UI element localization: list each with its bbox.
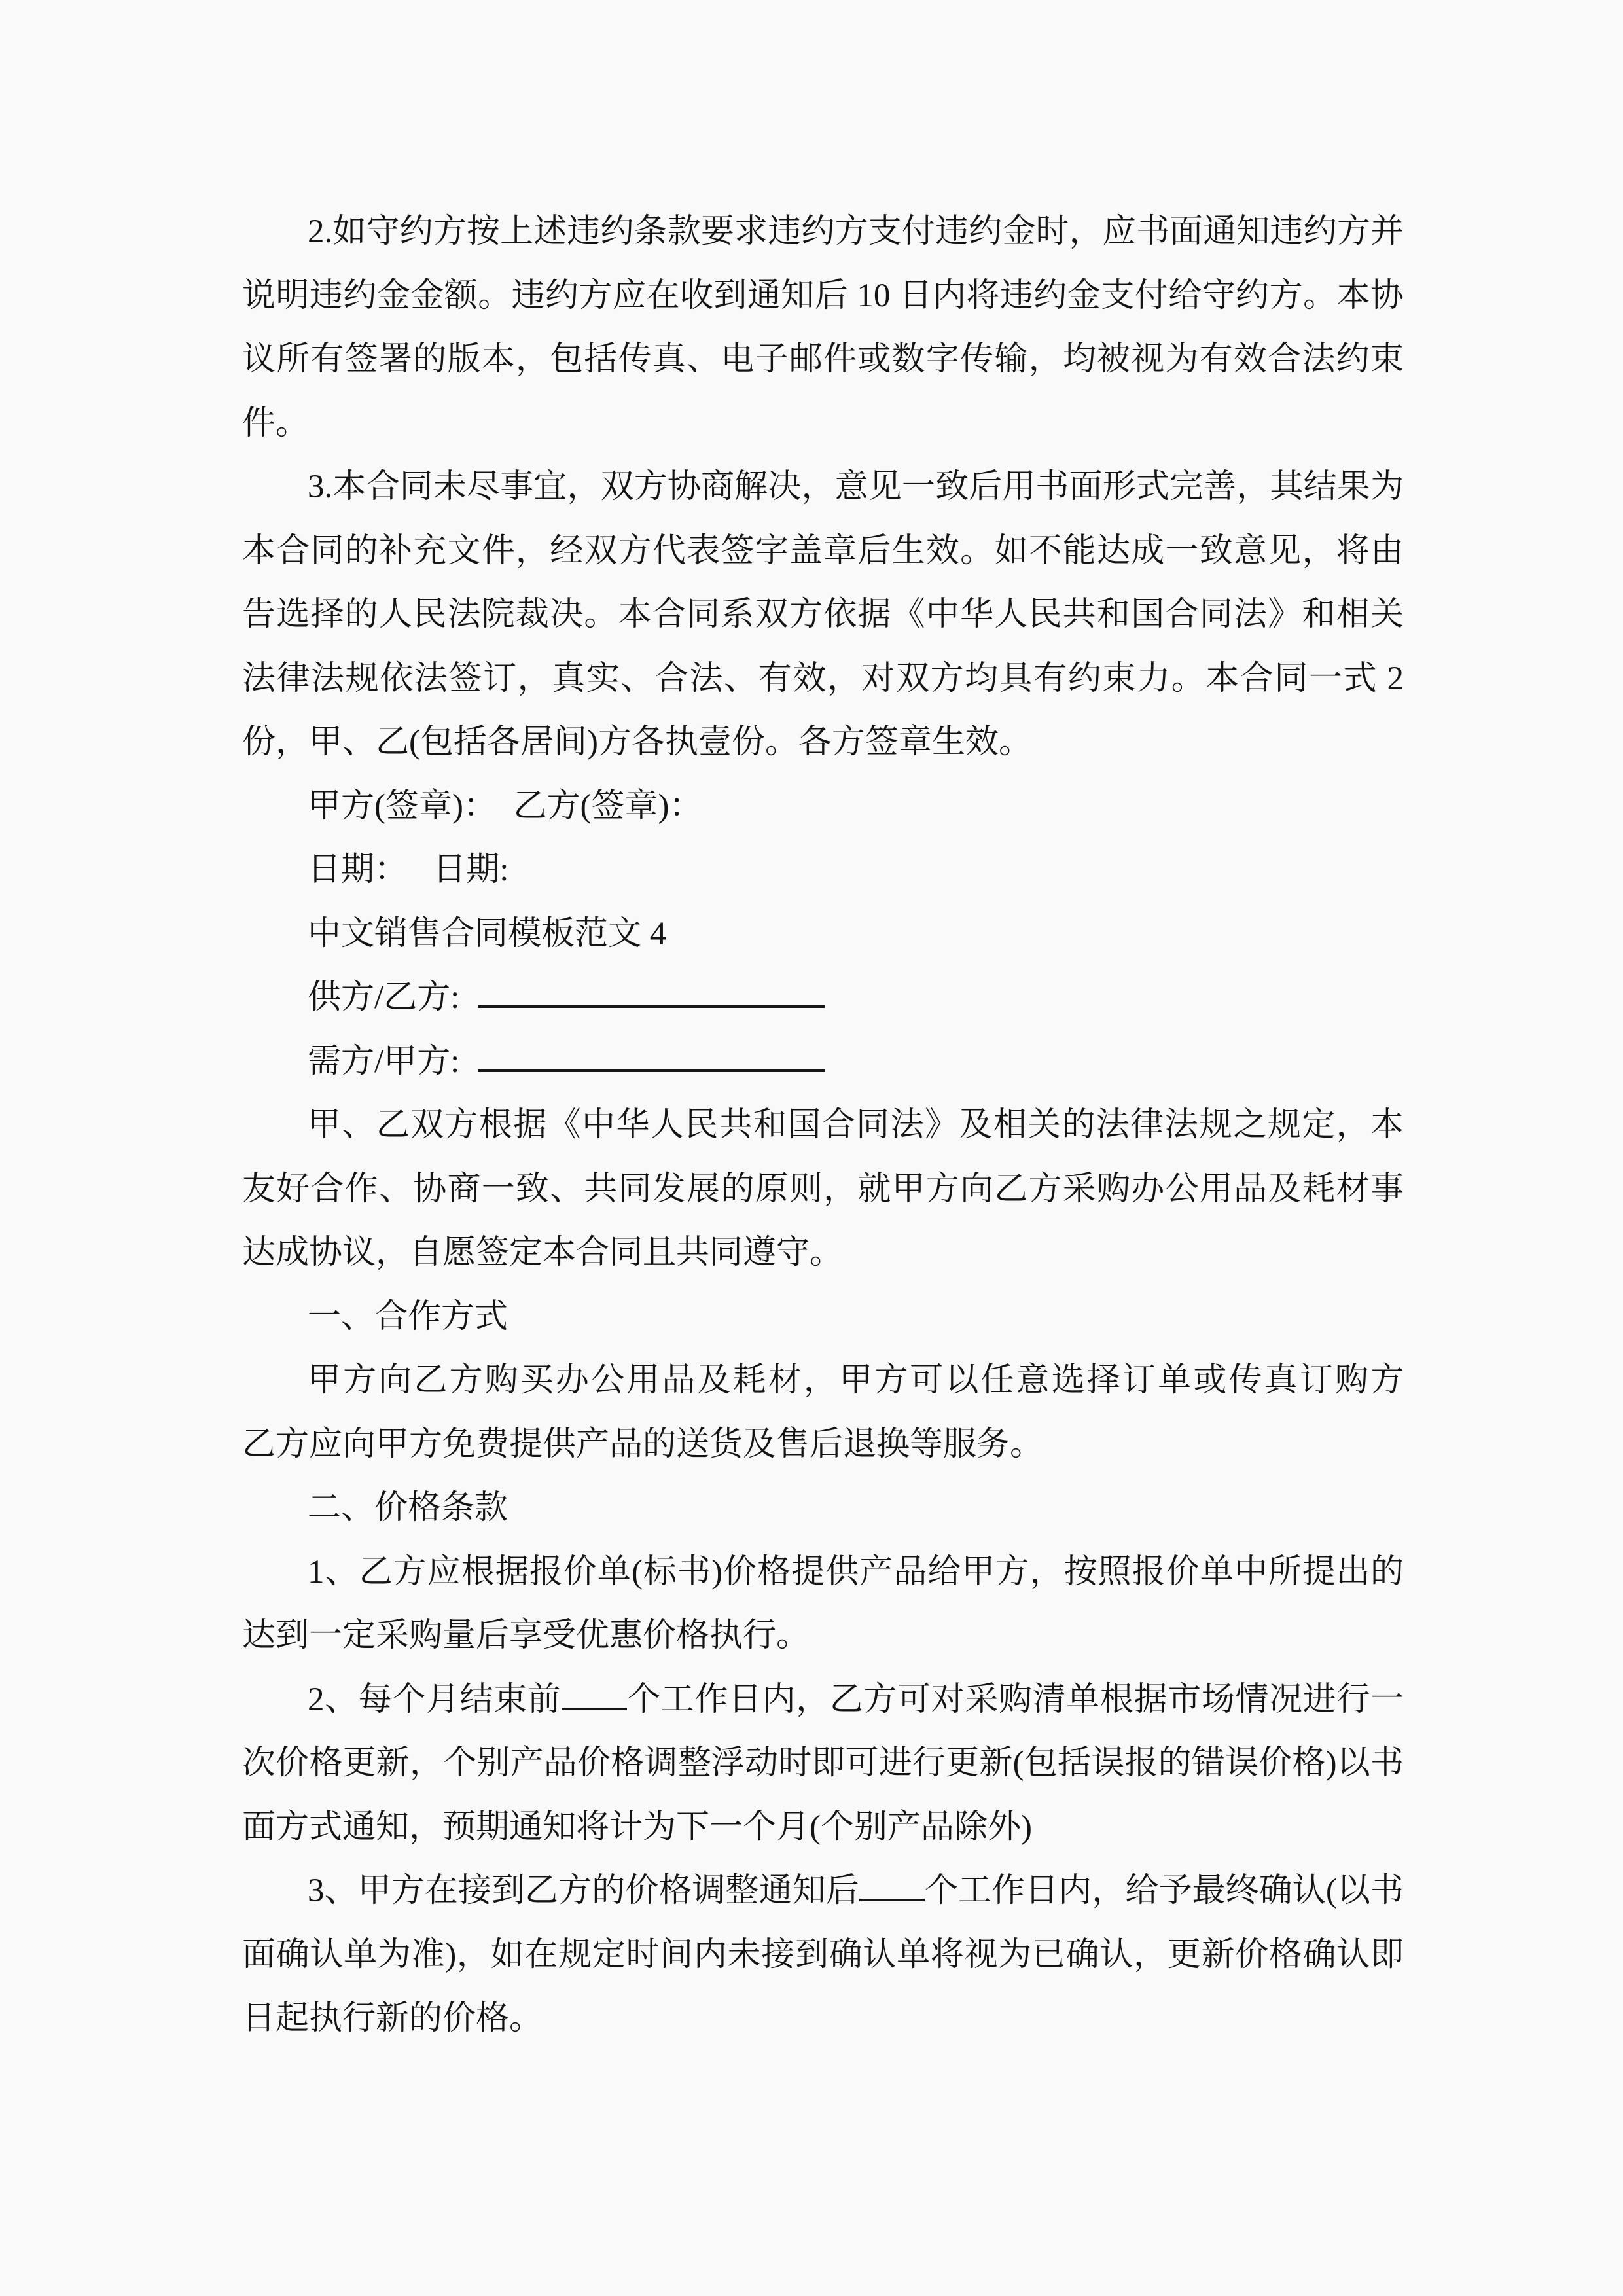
doc-text: 件。 bbox=[242, 405, 309, 442]
blank-underline-field bbox=[562, 1677, 627, 1710]
doc-text: 次价格更新，个别产品价格调整浮动时即可进行更新(包括误报的错误价格)以书 bbox=[242, 1745, 1404, 1782]
doc-text: 1、乙方应根据报价单(标书)价格提供产品给甲方，按照报价单中所提出的 bbox=[308, 1554, 1404, 1590]
doc-text: 乙方应向甲方免费提供产品的送货及售后退换等服务。 bbox=[242, 1426, 1043, 1463]
doc-line: 一、合作方式 bbox=[242, 1285, 1404, 1350]
doc-line: 日期： 日期: bbox=[242, 838, 1404, 903]
doc-line: 件。 bbox=[242, 392, 1404, 456]
doc-text: 甲方(签章)： 乙方(签章)： bbox=[308, 788, 702, 825]
doc-text: 面确认单为准)，如在规定时间内未接到确认单将视为已确认，更新价格确认即 bbox=[242, 1937, 1404, 1973]
doc-line: 中文销售合同模板范文 4 bbox=[242, 903, 1404, 967]
doc-text: 法律法规依法签订，真实、合法、有效，对双方均具有约束力。本合同一式 2 bbox=[242, 660, 1404, 697]
doc-text: 议所有签署的版本，包括传真、电子邮件或数字传输，均被视为有效合法约束文 bbox=[242, 341, 1404, 392]
doc-line: 友好合作、协商一致、共同发展的原则，就甲方向乙方采购办公用品及耗材事宜 bbox=[242, 1158, 1404, 1222]
doc-line: 3、甲方在接到乙方的价格调整通知后个工作日内，给予最终确认(以书 bbox=[242, 1859, 1404, 1924]
doc-text: 供方/乙方: bbox=[308, 979, 459, 1016]
doc-line: 告选择的人民法院裁决。本合同系双方依据《中华人民共和国合同法》和相关的 bbox=[242, 583, 1404, 647]
doc-text: 面方式通知，预期通知将计为下一个月(个别产品除外) bbox=[242, 1809, 1032, 1846]
blank-underline-field bbox=[478, 975, 825, 1008]
doc-line: 达成协议，自愿签定本合同且共同遵守。 bbox=[242, 1221, 1404, 1285]
doc-line: 供方/乙方: bbox=[242, 966, 1404, 1030]
doc-text: 2.如守约方按上述违约条款要求违约方支付违约金时，应书面通知违约方并 bbox=[308, 213, 1404, 250]
doc-text: 二、价格条款 bbox=[308, 1490, 508, 1526]
doc-line: 说明违约金金额。违约方应在收到通知后 10 日内将违约金支付给守约方。本协 bbox=[242, 264, 1404, 329]
doc-text: 2、每个月结束前 bbox=[308, 1681, 562, 1718]
doc-text: 日期： 日期: bbox=[308, 852, 508, 888]
doc-line: 2.如守约方按上述违约条款要求违约方支付违约金时，应书面通知违约方并 bbox=[242, 200, 1404, 264]
doc-line: 议所有签署的版本，包括传真、电子邮件或数字传输，均被视为有效合法约束文 bbox=[242, 328, 1404, 392]
doc-line: 二、价格条款 bbox=[242, 1477, 1404, 1541]
doc-line: 份，甲、乙(包括各居间)方各执壹份。各方签章生效。 bbox=[242, 711, 1404, 775]
doc-text: 份，甲、乙(包括各居间)方各执壹份。各方签章生效。 bbox=[242, 724, 1032, 761]
blank-underline-field bbox=[478, 1039, 825, 1072]
doc-line: 乙方应向甲方免费提供产品的送货及售后退换等服务。 bbox=[242, 1413, 1404, 1477]
doc-line: 甲、乙双方根据《中华人民共和国合同法》及相关的法律法规之规定，本着 bbox=[242, 1094, 1404, 1158]
doc-text: 达成协议，自愿签定本合同且共同遵守。 bbox=[242, 1234, 843, 1271]
doc-line: 甲方(签章)： 乙方(签章)： bbox=[242, 775, 1404, 839]
document-text-body: 2.如守约方按上述违约条款要求违约方支付违约金时，应书面通知违约方并说明违约金金… bbox=[242, 200, 1404, 2051]
doc-text: 甲、乙双方根据《中华人民共和国合同法》及相关的法律法规之规定，本着 bbox=[242, 1107, 1404, 1158]
doc-text: 3.本合同未尽事宜，双方协商解决，意见一致后用书面形式完善，其结果为 bbox=[308, 469, 1404, 505]
doc-text: 需方/甲方: bbox=[308, 1043, 459, 1080]
doc-line: 次价格更新，个别产品价格调整浮动时即可进行更新(包括误报的错误价格)以书 bbox=[242, 1732, 1404, 1796]
doc-text: 3、甲方在接到乙方的价格调整通知后 bbox=[308, 1873, 859, 1909]
blank-underline-field bbox=[859, 1869, 925, 1901]
doc-line: 2、每个月结束前个工作日内，乙方可对采购清单根据市场情况进行一 bbox=[242, 1668, 1404, 1732]
doc-line: 面方式通知，预期通知将计为下一个月(个别产品除外) bbox=[242, 1796, 1404, 1860]
doc-text: 友好合作、协商一致、共同发展的原则，就甲方向乙方采购办公用品及耗材事宜 bbox=[242, 1171, 1404, 1222]
doc-line: 需方/甲方: bbox=[242, 1030, 1404, 1094]
doc-line: 法律法规依法签订，真实、合法、有效，对双方均具有约束力。本合同一式 2 bbox=[242, 647, 1404, 711]
doc-text: 个工作日内，乙方可对采购清单根据市场情况进行一 bbox=[627, 1681, 1404, 1718]
doc-text: 中文销售合同模板范文 4 bbox=[308, 916, 666, 952]
doc-text: 本合同的补充文件，经双方代表签字盖章后生效。如不能达成一致意见，将由原 bbox=[242, 533, 1404, 584]
doc-line: 1、乙方应根据报价单(标书)价格提供产品给甲方，按照报价单中所提出的 bbox=[242, 1541, 1404, 1605]
doc-text: 一、合作方式 bbox=[308, 1299, 508, 1335]
doc-line: 甲方向乙方购买办公用品及耗材，甲方可以任意选择订单或传真订购方式， bbox=[242, 1349, 1404, 1413]
doc-line: 达到一定采购量后享受优惠价格执行。 bbox=[242, 1604, 1404, 1668]
doc-text: 日起执行新的价格。 bbox=[242, 2000, 543, 2037]
doc-line: 本合同的补充文件，经双方代表签字盖章后生效。如不能达成一致意见，将由原 bbox=[242, 520, 1404, 584]
doc-line: 3.本合同未尽事宜，双方协商解决，意见一致后用书面形式完善，其结果为 bbox=[242, 456, 1404, 520]
doc-text: 达到一定采购量后享受优惠价格执行。 bbox=[242, 1617, 810, 1654]
doc-text: 甲方向乙方购买办公用品及耗材，甲方可以任意选择订单或传真订购方式， bbox=[242, 1362, 1404, 1413]
doc-text: 个工作日内，给予最终确认(以书 bbox=[925, 1873, 1404, 1909]
doc-line: 面确认单为准)，如在规定时间内未接到确认单将视为已确认，更新价格确认即 bbox=[242, 1924, 1404, 1988]
doc-line: 日起执行新的价格。 bbox=[242, 1987, 1404, 2051]
doc-text: 告选择的人民法院裁决。本合同系双方依据《中华人民共和国合同法》和相关的 bbox=[242, 596, 1404, 647]
doc-text: 说明违约金金额。违约方应在收到通知后 10 日内将违约金支付给守约方。本协 bbox=[242, 278, 1404, 314]
contract-document-page: 2.如守约方按上述违约条款要求违约方支付违约金时，应书面通知违约方并说明违约金金… bbox=[0, 0, 1623, 2296]
